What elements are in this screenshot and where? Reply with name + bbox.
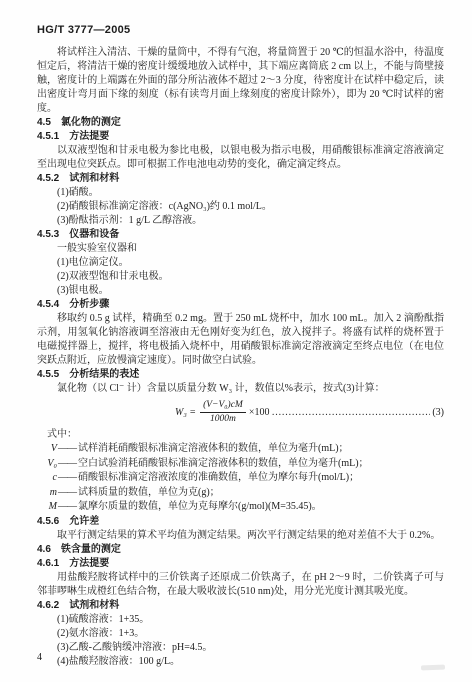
variable-dash: ——: [57, 471, 78, 486]
variable-symbol: m: [37, 486, 57, 501]
equation-number: (3): [432, 407, 444, 418]
page-number: 4: [37, 652, 42, 663]
heading-4-5-4: 4.5.4 分析步骤: [37, 298, 444, 312]
heading-4-5-3: 4.5.3 仪器和设备: [37, 228, 444, 242]
heading-4-6-2: 4.6.2 试剂和材料: [37, 599, 444, 613]
variable-definitions: V —— 试样消耗硝酸银标准滴定溶液体积的数值，单位为毫升(mL)； V₀ ——…: [37, 442, 444, 515]
list-item: (2)氨水溶液：1+3。: [37, 627, 444, 641]
variable-dash: ——: [57, 457, 78, 472]
equation-fraction: (V−V₀)cM 1000m: [200, 400, 246, 425]
list-item: (4)盐酸羟胺溶液：100 g/L。: [37, 655, 444, 669]
instrument-list-4-5-3: (1)电位滴定仪。 (2)双液型饱和甘汞电极。 (3)银电极。: [37, 256, 444, 298]
reagent-list-4-6-2: (1)硫酸溶液：1+35。 (2)氨水溶液：1+3。 (3)乙酸-乙酸钠缓冲溶液…: [37, 613, 444, 669]
equation-dot-leader: …………………………………………………………: [271, 407, 430, 418]
equation-multiplier: ×100: [249, 407, 270, 418]
list-item: (3)酚酞指示剂：1 g/L 乙醇溶液。: [37, 214, 444, 228]
heading-4-5-2: 4.5.2 试剂和材料: [37, 172, 444, 186]
paragraph-4-5-1: 以双液型饱和甘汞电极为参比电极，以银电极为指示电极，用硝酸银标准滴定溶液滴定至出…: [37, 144, 444, 172]
variable-row: m —— 试料质量的数值，单位为克(g)；: [37, 486, 444, 501]
variable-description: 试料质量的数值，单位为克(g)；: [78, 486, 444, 501]
paragraph-4-5-3: 一般实验室仪器和: [37, 242, 444, 256]
heading-4-5-1: 4.5.1 方法提要: [37, 130, 444, 144]
heading-4-5-5: 4.5.5 分析结果的表述: [37, 368, 444, 382]
heading-4-6: 4.6 铁含量的测定: [37, 543, 444, 557]
heading-4-6-1: 4.6.1 方法提要: [37, 557, 444, 571]
paragraph-4-5-5: 氯化物（以 Cl⁻ 计）含量以质量分数 W₃ 计，数值以%表示，按式(3)计算：: [37, 382, 444, 396]
variable-row: V₀ —— 空白试验消耗硝酸银标准滴定溶液体积的数值，单位为毫升(mL)；: [37, 457, 444, 472]
list-item: (3)银电极。: [37, 284, 444, 298]
variable-symbol: c: [37, 471, 57, 486]
variable-symbol: V: [37, 442, 57, 457]
heading-4-5-6: 4.5.6 允许差: [37, 515, 444, 529]
document-page: HG/T 3777—2005 将试样注入清洁、干燥的量筒中，不得有气泡，将量筒置…: [0, 0, 472, 682]
variable-description: 氯摩尔质量的数值，单位为克每摩尔(g/mol)(M=35.45)。: [78, 500, 444, 515]
variable-row: V —— 试样消耗硝酸银标准滴定溶液体积的数值，单位为毫升(mL)；: [37, 442, 444, 457]
variable-row: M —— 氯摩尔质量的数值，单位为克每摩尔(g/mol)(M=35.45)。: [37, 500, 444, 515]
fraction-numerator: (V−V₀)cM: [200, 400, 246, 413]
page-content: HG/T 3777—2005 将试样注入清洁、干燥的量筒中，不得有气泡，将量筒置…: [37, 24, 444, 669]
where-label: 式中：: [47, 428, 444, 442]
reagent-list-4-5-2: (1)硝酸。 (2)硝酸银标准滴定溶液：c(AgNO₃)约 0.1 mol/L。…: [37, 186, 444, 228]
list-item: (3)乙酸-乙酸钠缓冲溶液：pH=4.5。: [37, 641, 444, 655]
list-item: (2)硝酸银标准滴定溶液：c(AgNO₃)约 0.1 mol/L。: [37, 200, 444, 214]
list-item: (1)硫酸溶液：1+35。: [37, 613, 444, 627]
variable-description: 硝酸银标准滴定溶液浓度的准确数值，单位为摩尔每升(mol/L)；: [78, 471, 444, 486]
equation-lhs: W₃ =: [175, 407, 196, 418]
paragraph-4-5-4: 移取约 0.5 g 试样，精确至 0.2 mg。置于 250 mL 烧杯中，加水…: [37, 312, 444, 368]
variable-dash: ——: [57, 442, 78, 457]
equation-3: W₃ = (V−V₀)cM 1000m ×100 …………………………………………: [175, 399, 444, 425]
variable-row: c —— 硝酸银标准滴定溶液浓度的准确数值，单位为摩尔每升(mol/L)；: [37, 471, 444, 486]
variable-description: 试样消耗硝酸银标准滴定溶液体积的数值，单位为毫升(mL)；: [78, 442, 444, 457]
variable-symbol: M: [37, 500, 57, 515]
heading-4-5: 4.5 氯化物的测定: [37, 116, 444, 130]
standard-code-header: HG/T 3777—2005: [37, 24, 444, 37]
list-item: (1)电位滴定仪。: [37, 256, 444, 270]
variable-symbol: V₀: [37, 457, 57, 472]
variable-dash: ——: [57, 486, 78, 501]
list-item: (1)硝酸。: [37, 186, 444, 200]
paragraph-4-5-6: 取平行测定结果的算术平均值为测定结果。两次平行测定结果的绝对差值不大于 0.2%…: [37, 529, 444, 543]
scan-smudge-artifact: [421, 665, 445, 671]
fraction-denominator: 1000m: [200, 413, 246, 425]
variable-dash: ——: [57, 500, 78, 515]
list-item: (2)双液型饱和甘汞电极。: [37, 270, 444, 284]
paragraph-density-procedure: 将试样注入清洁、干燥的量筒中，不得有气泡，将量筒置于 20 ℃的恒温水浴中，待温…: [37, 46, 444, 116]
variable-description: 空白试验消耗硝酸银标准滴定溶液体积的数值，单位为毫升(mL)；: [78, 457, 444, 472]
paragraph-4-6-1: 用盐酸羟胺将试样中的三价铁离子还原成二价铁离子，在 pH 2～9 时，二价铁离子…: [37, 571, 444, 599]
